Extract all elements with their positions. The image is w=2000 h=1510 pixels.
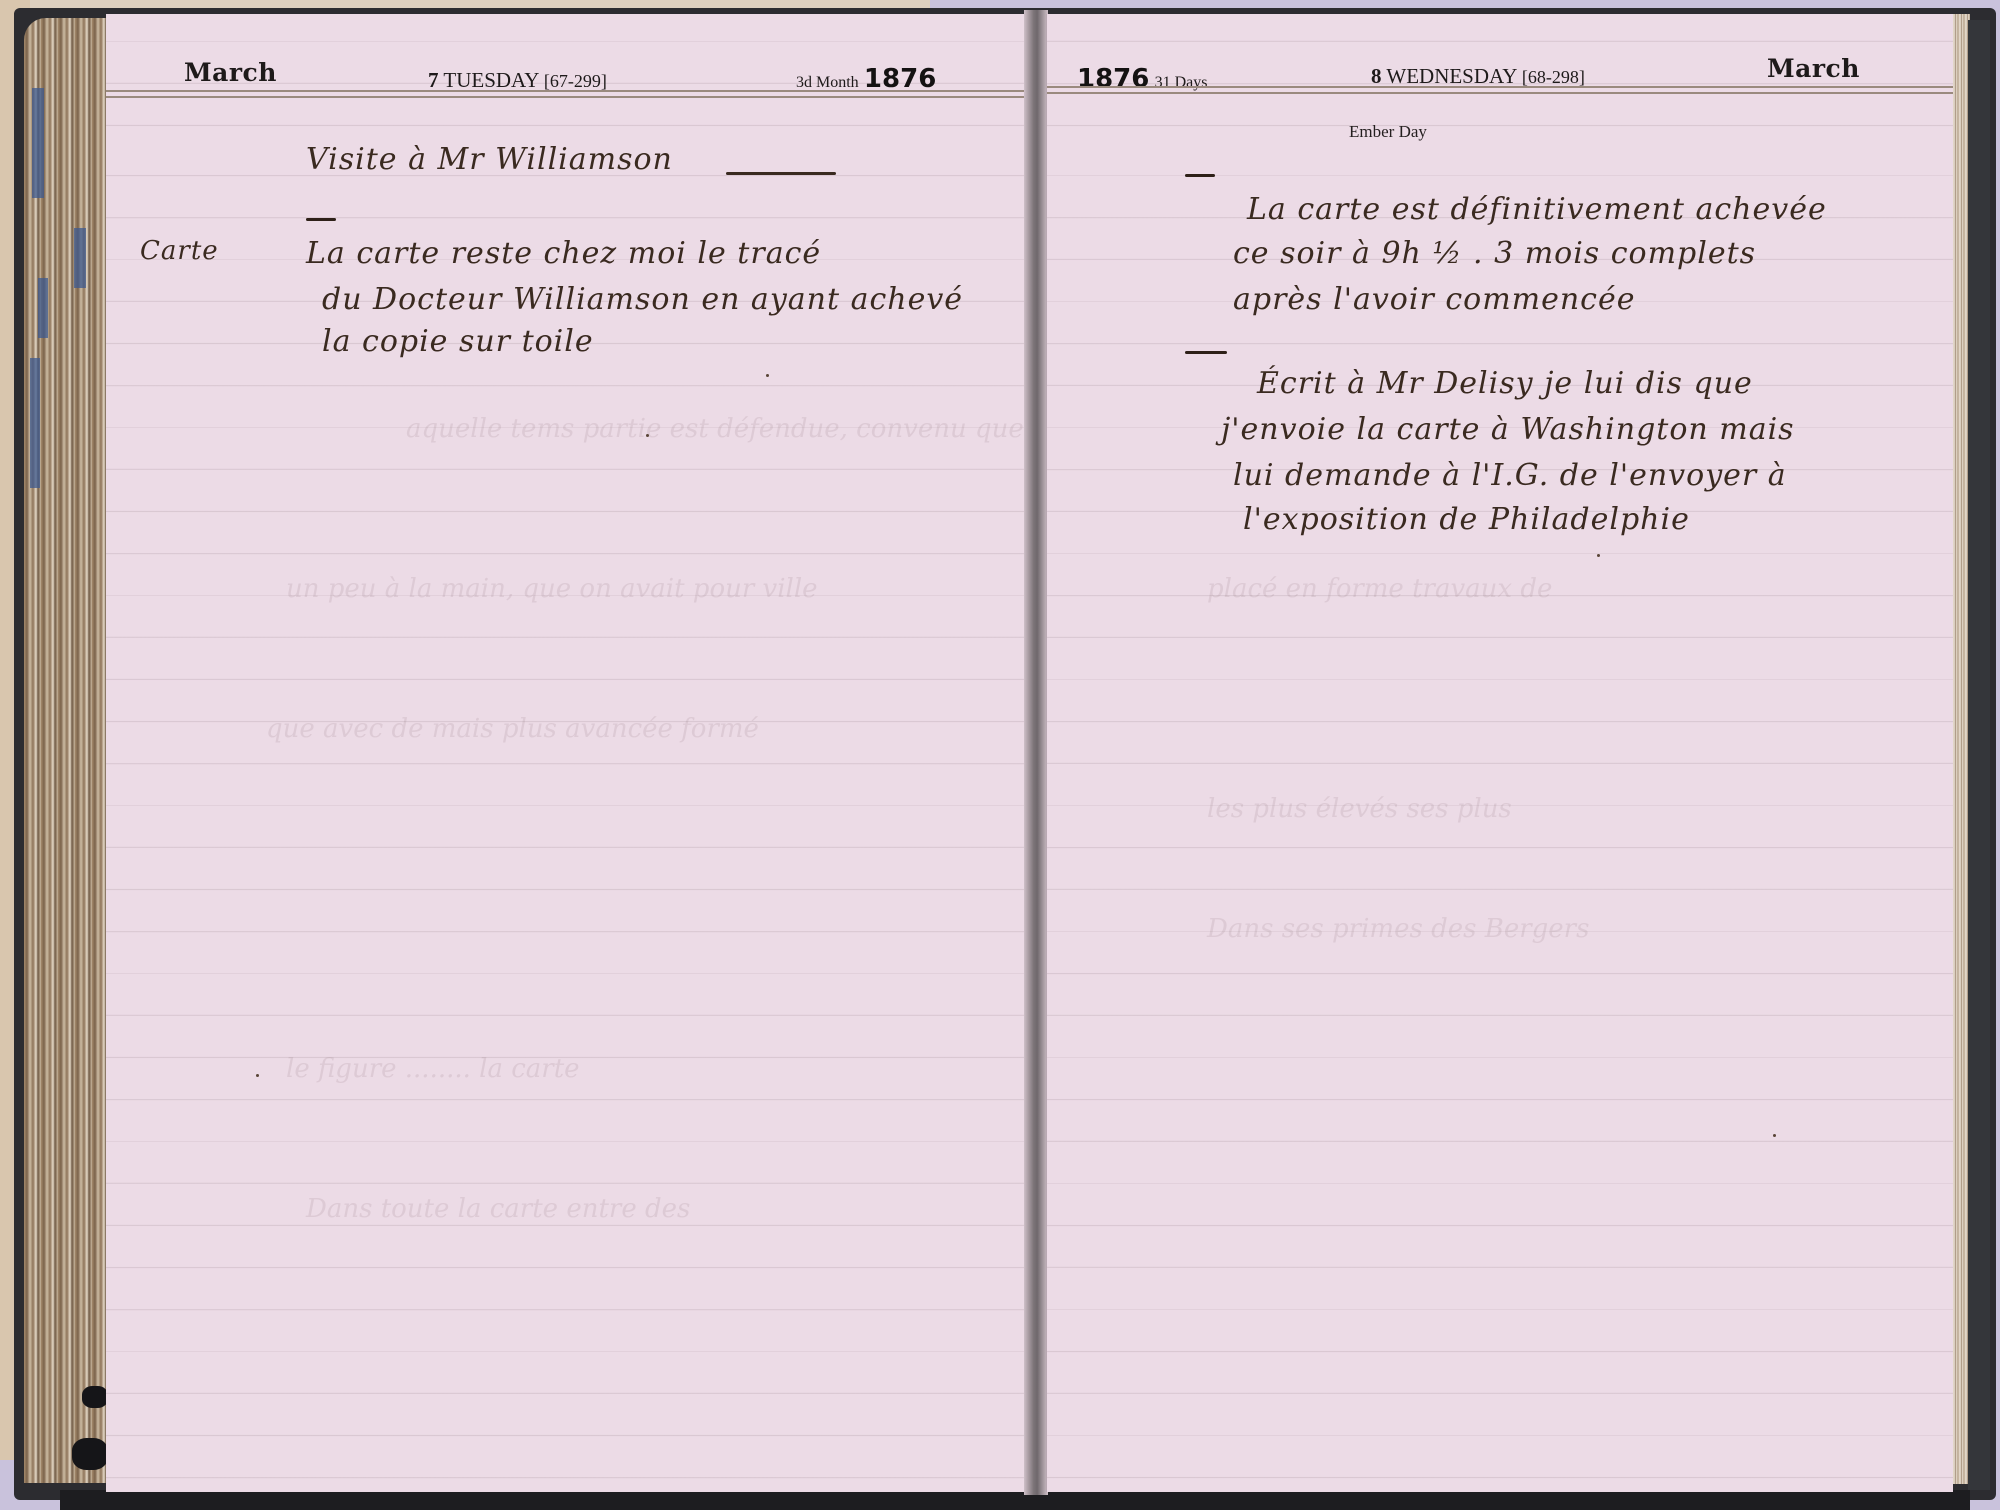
bleed-through-text: placé en forme travaux de [1207,574,1552,604]
entry-line-1: Visite à Mr Williamson [306,142,673,177]
right-day-number: 8 [1371,64,1382,88]
bleed-through-text: Dans toute la carte entre des [306,1194,690,1224]
entry-line-1: La carte est définitivement achevée [1247,192,1827,227]
entry-line-4: Écrit à Mr Delisy je lui dis que [1257,366,1753,401]
entry-line-3: du Docteur Williamson en ayant achevé [322,282,963,317]
entry-separator-dash [306,218,336,221]
left-month-label: March [184,58,277,87]
right-year-days: 1876 31 Days [1077,64,1208,94]
right-page-header: 1876 31 Days 8 WEDNESDAY [68-298] March [1047,14,1953,104]
blue-stain [38,278,48,338]
left-page-edges [24,18,110,1483]
header-rule [1047,86,1953,88]
left-day-number: 7 [428,68,439,92]
blue-stain [74,228,86,288]
left-page: March 7 TUESDAY [67-299] 3d Month 1876 a… [106,14,1027,1492]
bleed-through-text: aquelle tems partie est défendue, conven… [406,414,1080,444]
left-day-range: [67-299] [544,71,607,91]
entry-line-2: La carte reste chez moi le tracé [306,236,821,271]
entry-separator-dash [1185,174,1215,177]
bleed-through-text: Dans ses primes des Bergers [1207,914,1589,944]
ink-blot [72,1438,108,1470]
bleed-through-text: le figure ........ la carte [286,1054,580,1084]
left-weekday: TUESDAY [443,68,538,92]
bottom-cover-edge [60,1490,1970,1510]
right-day-range: [68-298] [1522,67,1585,87]
bleed-through-text: les plus élevés ses plus [1207,794,1512,824]
ink-speck [766,374,769,377]
right-page: 1876 31 Days 8 WEDNESDAY [68-298] March … [1046,14,1953,1492]
right-year: 1876 [1077,64,1149,94]
left-page-header: March 7 TUESDAY [67-299] 3d Month 1876 [106,14,1026,104]
right-cover-spine [1968,20,1990,1490]
blue-stain [32,88,44,198]
ink-speck [1597,554,1600,557]
entry-line-6: lui demande à l'I.G. de l'envoyer à [1233,458,1787,493]
bleed-through-text: un peu à la main, que on avait pour vill… [286,574,818,604]
header-rule [106,96,1026,98]
right-page-edges [1950,14,1970,1484]
book-gutter [1024,10,1048,1495]
right-month-label: March [1767,54,1860,83]
entry-line-7: l'exposition de Philadelphie [1243,502,1690,537]
right-days-in-month: 31 Days [1155,74,1208,91]
entry-line-2: ce soir à 9h ½ . 3 mois complets [1233,236,1756,271]
entry-line-5: j'envoie la carte à Washington mais [1221,412,1795,447]
ink-blot [82,1386,108,1408]
ink-speck [256,1074,259,1077]
pen-flourish [726,172,836,175]
entry-separator-dash [1185,351,1227,354]
ink-speck [646,434,649,437]
margin-note: Carte [140,236,219,266]
header-rule [1047,92,1953,94]
entry-line-3: après l'avoir commencée [1233,282,1635,317]
right-weekday: WEDNESDAY [1386,64,1516,88]
bleed-through-text: que avec de mais plus avancée formé [266,714,759,744]
left-month-ordinal: 3d Month [796,74,859,91]
ink-speck [1773,1134,1776,1137]
blue-stain [30,358,40,488]
entry-line-4: la copie sur toile [322,324,594,359]
ember-day-note: Ember Day [1349,122,1427,142]
open-diary-spread: March 7 TUESDAY [67-299] 3d Month 1876 a… [0,0,2000,1510]
header-rule [106,90,1026,92]
